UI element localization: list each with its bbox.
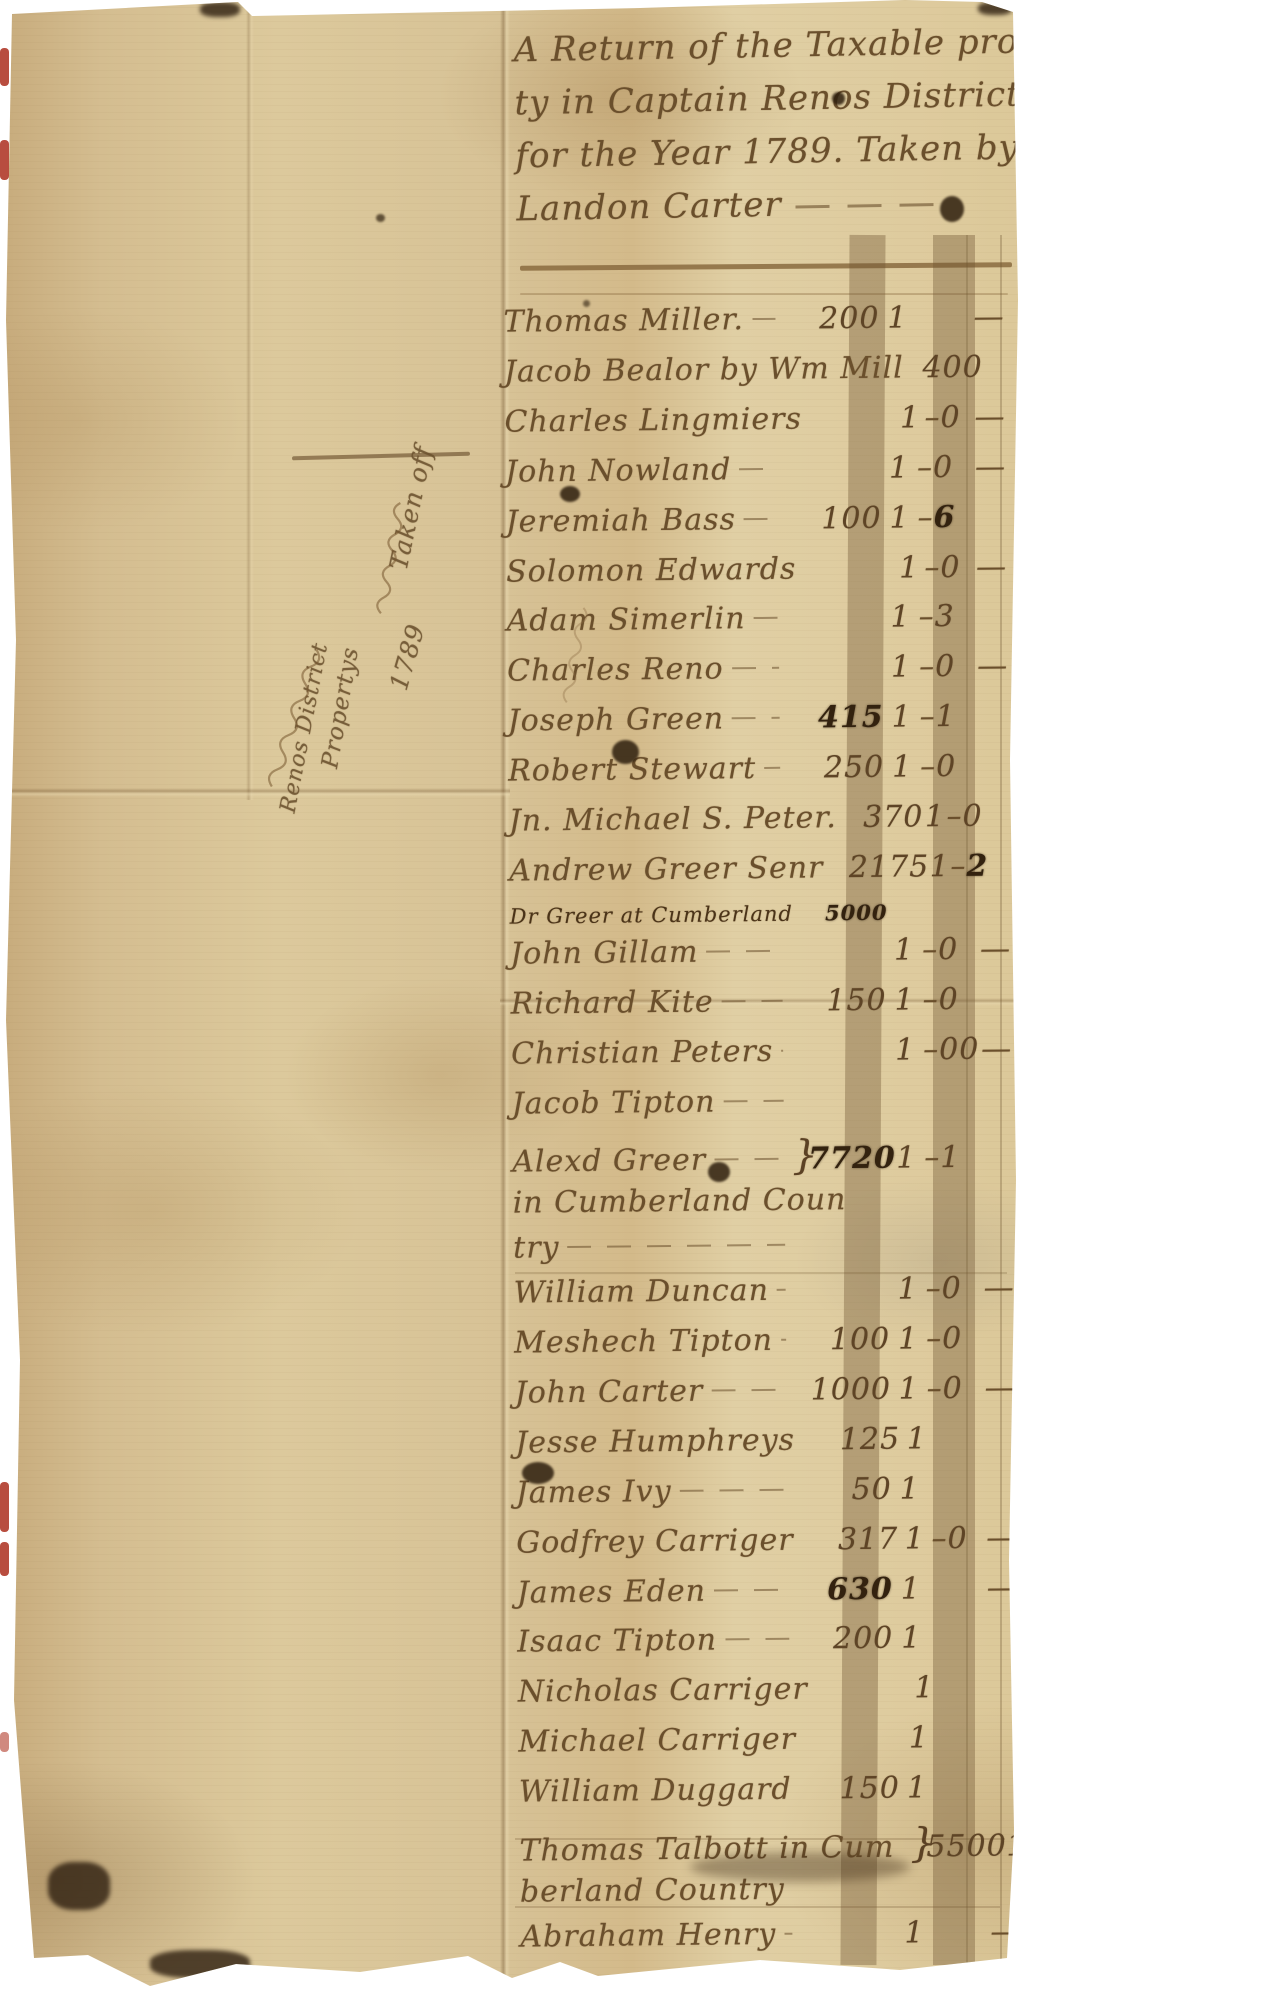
ledger-row: Jesse Humphreys 125 1 — [515, 1420, 1015, 1472]
taxpayer-name: Dr Greer at Cumberland — [510, 902, 793, 929]
poll-value: 1 — [888, 1141, 924, 1176]
acres-value: 100 — [801, 500, 881, 536]
ledger-row: Robert Stewart 250 1 – 0 — [508, 749, 1008, 801]
red-edge-mark — [0, 1542, 9, 1576]
taxpayer-name: Nicholas Carriger — [518, 1672, 808, 1710]
taxpayer-name: Christian Peters — [511, 1033, 773, 1071]
ledger-row: John Gillam 1 – 0 — — [510, 931, 1010, 983]
title-line: for the Year 1789. Taken by — [515, 122, 1016, 184]
acres-value: 50 — [812, 1471, 892, 1507]
edge-smudge — [978, 2, 1012, 15]
second-value: 3 — [934, 599, 976, 634]
ledger-row: try — [513, 1226, 1013, 1273]
taxpayer-name: in Cumberland Coun — [513, 1182, 847, 1220]
second-value: 0 — [935, 649, 977, 684]
poll-value: 1 — [883, 700, 919, 735]
poll-value: 1 — [879, 300, 915, 335]
acres-value — [801, 1898, 881, 1899]
taxpayer-name: Jacob Tipton — [511, 1084, 715, 1121]
acres-value: 2175 — [849, 849, 929, 885]
trailing-dash: — — [990, 1914, 1020, 1949]
poll-value: 1 — [891, 1371, 927, 1406]
value-separator: – — [924, 1141, 940, 1176]
taxpayer-name: Meshech Tipton — [514, 1323, 773, 1361]
acres-value — [816, 1943, 896, 1944]
taxpayer-name: William Duggard — [519, 1772, 792, 1810]
value-separator: – — [919, 650, 935, 685]
second-value: 0 — [940, 400, 974, 435]
second-value: 0 — [936, 749, 978, 784]
dash-leader — [739, 468, 777, 470]
ledger-row: Jacob Bealor by Wm Mill 400 — [504, 349, 1004, 401]
dash-leader — [764, 767, 780, 769]
dash-leader — [781, 1049, 783, 1051]
title-line: ty in Captain Renos District — [514, 69, 1015, 131]
dash-leader — [723, 1099, 783, 1102]
acres-value — [801, 477, 881, 478]
ink-blot — [522, 1462, 554, 1484]
acres-value — [810, 1299, 890, 1300]
taxpayer-name: John Gillam — [510, 934, 699, 971]
trailing-dash: — — [980, 931, 1010, 966]
ledger-row: Joseph Green 415 1 – 1 — [507, 699, 1007, 751]
value-separator: – — [920, 749, 936, 784]
acres-value: 630 — [813, 1571, 893, 1607]
ink-blot — [708, 1162, 730, 1182]
ink-blot — [376, 214, 385, 222]
acres-value: 150 — [823, 1771, 900, 1807]
ledger-row: Christian Peters 1 – 00 — — [511, 1031, 1011, 1083]
second-value: 0 — [940, 549, 976, 584]
poll-value: 1 — [881, 450, 917, 485]
value-separator: – — [922, 982, 938, 1017]
taxpayer-name: James Eden — [517, 1573, 707, 1610]
ledger-row: Richard Kite 150 1 – 0 — [510, 981, 1010, 1033]
brace: } — [910, 1820, 926, 1866]
ledger-row: Jeremiah Bass 100 1 – 6 — [505, 499, 1005, 551]
dash-leader — [680, 1489, 788, 1492]
poll-value: 1 — [923, 799, 946, 834]
poll-value: 1 — [1006, 1828, 1026, 1863]
ledger-row: James Ivy 50 1 — [516, 1470, 1016, 1522]
poll-value: 1 — [900, 1421, 934, 1456]
value-separator: – — [946, 799, 962, 834]
second-value: 0 — [933, 449, 975, 484]
taxpayer-name: try — [513, 1230, 560, 1265]
second-value: 0 — [938, 981, 980, 1016]
ledger-row: William Duggard 150 1 — [519, 1770, 1019, 1822]
acres-value — [838, 1698, 909, 1699]
dash-leader — [752, 318, 776, 320]
acres-value: 150 — [806, 982, 886, 1018]
ledger-row: Dr Greer at Cumberland 5000 — [510, 898, 1010, 933]
second-value: 0 — [947, 1520, 986, 1555]
value-separator: – — [917, 500, 933, 535]
trailing-dash: — — [987, 1570, 1017, 1605]
acres-value: 5000 — [809, 900, 888, 926]
dash-leader — [754, 617, 779, 619]
taxpayer-name: Abraham Henry — [520, 1917, 776, 1955]
ledger-row: Godfrey Carriger 317 1 – 0 — — [516, 1520, 1016, 1572]
ink-blot — [940, 196, 964, 222]
second-value: 1 — [935, 699, 977, 734]
ledger-row: Jn. Michael S. Peter. 370 1 – 0 — [509, 798, 1009, 850]
value-separator: – — [918, 600, 934, 635]
dash-leader — [725, 1638, 789, 1641]
taxpayer-name: John Carter — [515, 1374, 704, 1411]
taxpayer-name: Michael Carriger — [518, 1722, 796, 1760]
poll-value: 1 — [889, 1271, 925, 1306]
second-value: 00 — [939, 1031, 981, 1066]
poll-value: 1 — [893, 1621, 929, 1656]
trailing-dash: — — [973, 299, 1003, 334]
second-value: 6 — [933, 499, 975, 534]
value-separator: – — [919, 699, 935, 734]
ledger-row: Isaac Tipton 200 1 — [517, 1620, 1017, 1672]
trailing-dash: — — [983, 1270, 1013, 1305]
taxpayer-name: Richard Kite — [510, 984, 713, 1021]
ledger-row: Michael Carriger 1 — [518, 1720, 1018, 1772]
vertical-fold-crease — [246, 0, 254, 800]
paper-sheet: A Return of the Taxable proper ty in Cap… — [0, 0, 1265, 1996]
edge-smudge — [48, 1862, 110, 1910]
red-edge-mark — [0, 48, 9, 86]
acres-value — [827, 1748, 902, 1749]
trailing-dash: — — [975, 449, 1005, 484]
dash-leader — [706, 950, 782, 953]
ledger: Thomas Miller. 200 1 — Jacob Bealor by W… — [503, 299, 1020, 1966]
dash-leader — [714, 1158, 784, 1161]
second-value: 0 — [941, 1271, 983, 1306]
acres-value — [808, 1109, 888, 1110]
second-value: 2 — [966, 849, 991, 884]
value-separator: – — [924, 550, 940, 585]
ledger-row: Jacob Tipton — [511, 1081, 1011, 1133]
title-line: A Return of the Taxable proper — [513, 16, 1014, 78]
ledger-row: in Cumberland Coun — [513, 1181, 1013, 1228]
taxpayer-name: Godfrey Carriger — [516, 1522, 794, 1560]
dash-leader — [714, 1588, 789, 1591]
trailing-dash: — — [976, 549, 1006, 584]
trailing-dash: — — [977, 649, 1007, 684]
poll-value: 1 — [887, 1032, 923, 1067]
brace: } — [792, 1133, 808, 1179]
acres-value — [806, 959, 886, 960]
second-value: 0 — [943, 1371, 985, 1406]
ink-blot — [832, 92, 845, 105]
second-value: 0 — [962, 799, 989, 834]
acres-value: 200 — [799, 301, 879, 337]
ledger-row: Nicholas Carriger 1 — [518, 1670, 1018, 1722]
ink-blot — [560, 486, 580, 502]
acres-value — [803, 677, 883, 678]
acres-value: 400 — [922, 350, 983, 386]
poll-value: 1 — [886, 982, 922, 1017]
dash-leader — [732, 667, 780, 669]
ledger-row: Charles Lingmiers 1 – 0 — — [504, 399, 1004, 451]
poll-value: 1 — [893, 1571, 929, 1606]
second-value: 0 — [938, 931, 980, 966]
taxpayer-name: Charles Lingmiers — [504, 401, 802, 439]
acres-value: 415 — [803, 700, 883, 736]
taxpayer-name: Joseph Green — [507, 702, 724, 739]
ledger-row: Alexd Greer } 7720 1 – 1 — [512, 1131, 1012, 1183]
taxpayer-name: Solomon Edwards — [506, 551, 797, 589]
edge-smudge — [200, 2, 240, 17]
trailing-dash: — — [974, 399, 1004, 434]
value-separator: – — [923, 1032, 939, 1067]
horizontal-fold-crease — [0, 788, 510, 797]
ledger-row: Solomon Edwards 1 – 0 — — [506, 549, 1006, 601]
poll-value: 1 — [908, 1671, 940, 1706]
acres-value: 7720 — [808, 1141, 888, 1177]
taxpayer-name: Isaac Tipton — [517, 1623, 717, 1660]
ledger-row: Andrew Greer Senr 2175 1 – 2 — [509, 848, 1009, 900]
poll-value: 1 — [894, 550, 925, 585]
trailing-dash: — — [986, 1520, 1016, 1555]
taxpayer-name: William Duncan — [513, 1273, 769, 1311]
value-separator: – — [924, 400, 940, 435]
taxpayer-name: Alexd Greer — [512, 1143, 706, 1180]
poll-value: 1 — [892, 1471, 928, 1506]
acres-value: 125 — [826, 1421, 901, 1457]
poll-value: 1 — [895, 400, 924, 435]
poll-value: 1 — [881, 500, 917, 535]
red-edge-mark — [0, 1732, 9, 1752]
taxpayer-name: Andrew Greer Senr — [509, 850, 824, 888]
poll-value: 1 — [898, 1521, 932, 1556]
poll-value: 1 — [883, 650, 919, 685]
poll-value: 1 — [900, 1770, 935, 1805]
second-value: 1 — [1042, 1828, 1064, 1863]
poll-value: 1 — [884, 749, 920, 784]
dash-leader — [722, 999, 783, 1002]
taxpayer-name: John Nowland — [505, 452, 732, 489]
value-separator: – — [917, 450, 933, 485]
ink-smear — [690, 1852, 910, 1882]
value-separator: – — [926, 1321, 942, 1356]
dash-leader — [711, 1389, 786, 1392]
ledger-row: William Duncan 1 – 0 — — [513, 1270, 1013, 1322]
poll-value: 1 — [902, 1720, 936, 1755]
acres-value — [859, 1209, 919, 1210]
dash-leader — [777, 1289, 786, 1291]
red-edge-mark — [0, 140, 9, 180]
second-value: 0 — [942, 1321, 984, 1356]
poll-value: 1 — [890, 1321, 926, 1356]
value-separator: – — [927, 1371, 943, 1406]
taxpayer-name: Charles Reno — [507, 652, 724, 689]
poll-value: 1 — [929, 849, 951, 884]
ledger-row: Abraham Henry 1 — — [520, 1914, 1020, 1966]
acres-value: 5500 — [926, 1829, 1006, 1865]
scanned-document: A Return of the Taxable proper ty in Cap… — [0, 0, 1265, 1996]
taxpayer-name: Jeremiah Bass — [505, 502, 736, 539]
acres-value — [826, 577, 894, 578]
acres-value — [803, 627, 883, 628]
ledger-row: John Carter 1000 1 – 0 — — [515, 1370, 1015, 1422]
dash-leader — [784, 1933, 792, 1935]
taxpayer-name: Adam Simerlin — [506, 602, 745, 640]
flourish-dash — [796, 202, 946, 208]
dash-leader — [568, 1244, 786, 1248]
taxpayer-name: Jn. Michael S. Peter. — [509, 800, 838, 838]
taxpayer-name: Jacob Bealor by Wm Mill — [504, 350, 904, 389]
ink-blot — [583, 300, 590, 307]
second-value: 1 — [940, 1140, 982, 1175]
edge-smudge — [150, 1950, 250, 1978]
ledger-row: James Eden 630 1 — — [517, 1570, 1017, 1622]
acres-value: 317 — [824, 1521, 898, 1557]
acres-value: 1000 — [811, 1372, 891, 1408]
dash-leader — [744, 517, 778, 519]
acres-value: 200 — [813, 1621, 893, 1657]
acres-value — [809, 1254, 889, 1255]
ledger-row: Thomas Miller. 200 1 — — [503, 299, 1003, 351]
acres-value: 250 — [804, 750, 884, 786]
poll-value: 1 — [896, 1915, 932, 1950]
dash-leader — [732, 717, 780, 719]
taxpayer-name: Jesse Humphreys — [515, 1423, 795, 1461]
taxpayer-name: Thomas Miller. — [503, 302, 744, 340]
poll-value: 1 — [882, 600, 918, 635]
value-separator: – — [925, 1271, 941, 1306]
ledger-row: Meshech Tipton 100 1 – 0 — [514, 1320, 1014, 1372]
value-separator: – — [922, 932, 938, 967]
trailing-dash: — — [981, 1031, 1011, 1066]
trailing-dash: — — [985, 1370, 1015, 1405]
ink-blot — [612, 740, 639, 764]
dash-leader — [781, 1339, 786, 1341]
value-separator: – — [1026, 1828, 1042, 1863]
poll-value: 1 — [886, 932, 922, 967]
value-separator: – — [931, 1521, 947, 1556]
acres-value — [831, 427, 896, 428]
acres-value: 100 — [810, 1322, 890, 1358]
acres-value: 370 — [863, 799, 924, 835]
value-separator: – — [950, 849, 966, 884]
acres-value — [807, 1059, 887, 1060]
red-edge-mark — [0, 1482, 9, 1532]
